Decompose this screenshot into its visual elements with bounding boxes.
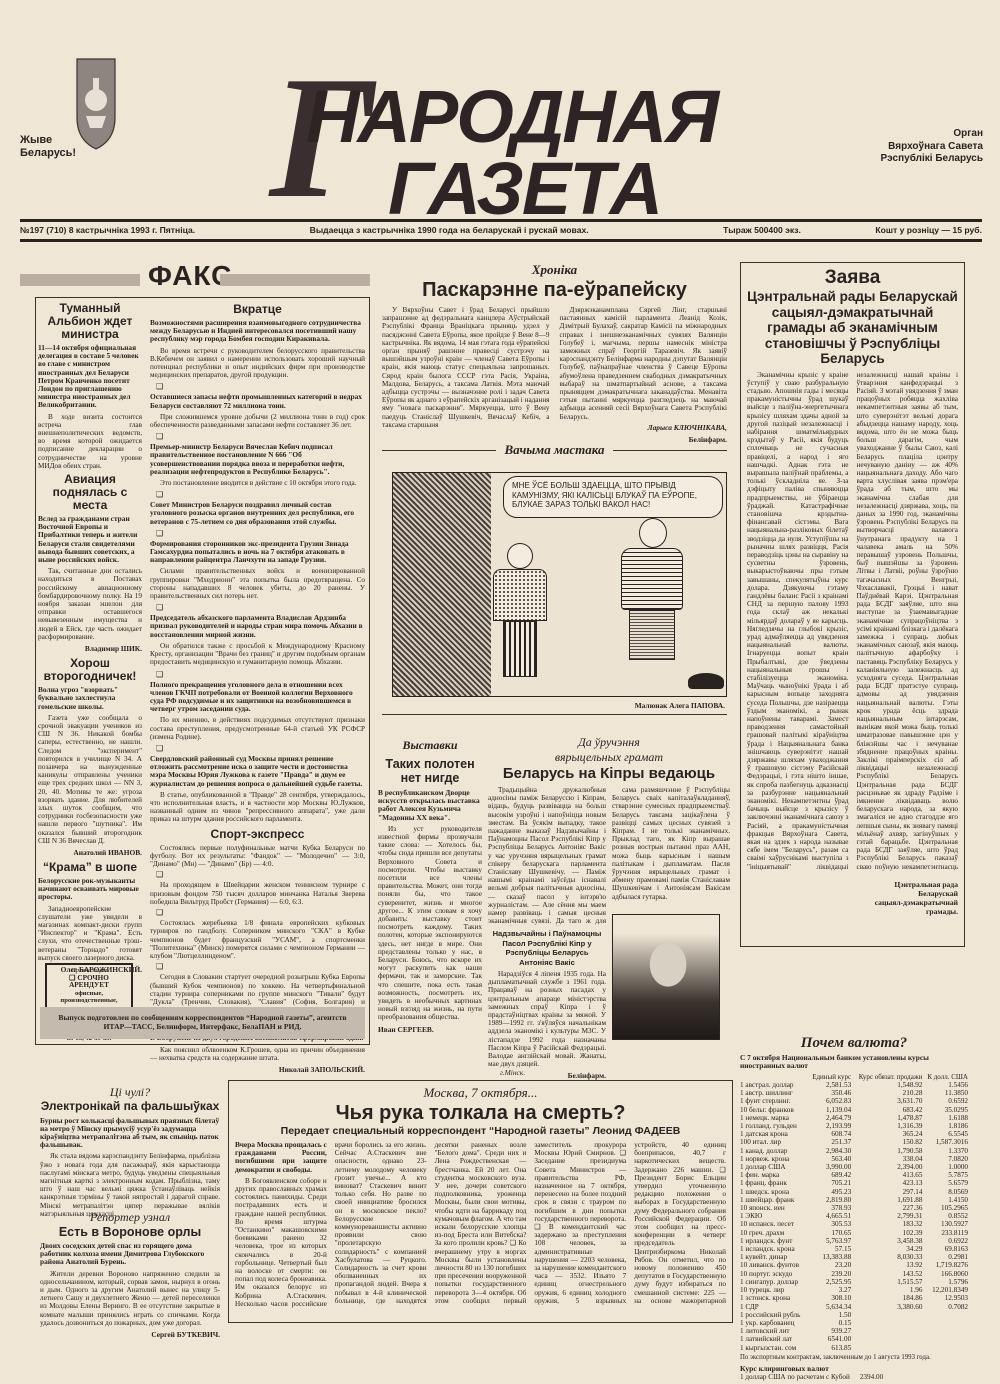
cartoon: Вачыма мастака МНЕ ЎСЁ БОЛЬШ ЗДАЕЦЦА, ШТ… (382, 442, 727, 732)
slogan: Жыве Беларусь! (20, 134, 76, 160)
currency-row: 10 ливанск. фунтов23.2013.921,719.8276 (740, 1261, 968, 1269)
moscow-article: Москва, 7 октября... Чья рука толкала на… (228, 1080, 733, 1323)
brief-item: Возможностями расширения взаимовыгодного… (150, 319, 365, 379)
currency-row: 10 испанск. песет305.53183.32130.5927 (740, 1220, 968, 1228)
fax-item-aviation: Авиация поднялась с места Вслед за гражд… (38, 473, 142, 653)
currency-row: 1 австр. шиллинг350.46210.2811.3850 (740, 1089, 968, 1097)
currency-row: 1 голланд. гульден2,193.991,316.391.8186 (740, 1122, 968, 1130)
brief-item: Полного прекращения уголовного дела в от… (150, 681, 365, 741)
cartoon-bottom-rule (382, 714, 727, 715)
currency-row: 1 швейцар. франк2,819.801,691.881.4150 (740, 1196, 968, 1204)
currency-row: 1 сингапур. доллар2,525.951,515.571.5796 (740, 1278, 968, 1286)
currency-row: 1 франц. франк705.21423.135.6579 (740, 1179, 968, 1187)
currency-row: 1 немецк. марка2,464.791,478.871.6188 (740, 1114, 968, 1122)
cartoon-image: МНЕ ЎСЁ БОЛЬШ ЗДАЕЦЦА, ШТО ПРЫВІД КАМУНІ… (392, 472, 727, 697)
brief-item: Премьер-министр Беларуси Вячеслав Кебич … (150, 443, 365, 487)
currency-row: 1 исландск. крона57.1534.2969.8163 (740, 1245, 968, 1253)
bullet-icon: ❑ (156, 744, 365, 753)
bullet-icon: ❑ (156, 871, 365, 879)
fax-left-column: Туманный Альбион ждет министра 11—14 окт… (38, 302, 142, 978)
currency-title: Почем валюта? (740, 1035, 968, 1052)
title-line1: НАРОДНАЯ (306, 80, 717, 154)
organ-info: Орган Вярхоўнага Савета Рэспублікі Белар… (880, 128, 983, 166)
currency-row: 1 датская крона608.74365.246.5545 (740, 1130, 968, 1138)
brief-item: Совет Министров Беларуси поздравил личны… (150, 501, 365, 526)
fax-footer: Выпуск подготовлен по сообщениям корресп… (40, 1007, 365, 1039)
fax-banner-bar-left (20, 274, 140, 286)
currency-row: 1 кувейт. динар13,383.888,030.330.2981 (740, 1253, 968, 1261)
cartoon-hat (688, 673, 724, 689)
cartoon-man-right (613, 518, 693, 688)
cartoon-wall (393, 473, 491, 697)
currency-row: 1 эстонск. крона308.10184.8612.9503 (740, 1294, 968, 1302)
currency-row: 1 ирландск. фунт5,763.973,458.380.6922 (740, 1237, 968, 1245)
statement-title: Цэнтральнай рады Беларускай сацыял-дэмак… (747, 289, 958, 367)
coat-of-arms-icon (76, 58, 116, 150)
title-line2: ГАЗЕТА (388, 152, 661, 226)
newspaper-title: Г НАРОДНАЯ ГАЗЕТА (270, 50, 830, 230)
brief-item: Формирования сторонников экс-президента … (150, 540, 365, 600)
bullet-icon: ❑ (156, 909, 365, 917)
chronicle-kicker: Хроніка (382, 262, 727, 278)
cartoon-kicker: Вачыма мастака (504, 442, 604, 458)
currency-row: 1 укр. карбованец0.15 (740, 1319, 968, 1327)
currency-row: 1 фин. марка689.42413.655.7875 (740, 1171, 968, 1179)
brief-item: Оставшиеся запасы нефти промышленных кат… (150, 393, 365, 429)
fax-item-krama: “Крама” в шопе Белорусские рок-музыканты… (38, 861, 142, 974)
eagles-article: Репортер узнал Есть в Воронове орлы Двои… (40, 1210, 220, 1343)
fake-tickets-article: Ці чулі? Электронікай па фальшыўках Бурн… (40, 1085, 220, 1221)
currency-row: 10 турецк. лир3.271.9612,201.8349 (740, 1286, 968, 1294)
fax-brief-column: Вкратце Возможностями расширения взаимов… (150, 302, 365, 1078)
brief-title: Вкратце (150, 302, 365, 316)
currency-row: 1 австрал. доллар2,581.531,548.921.5456 (740, 1081, 968, 1089)
cartoon-man-left (493, 543, 563, 693)
currency-section: Почем валюта? С 7 октября Национальным б… (740, 1035, 968, 1381)
price: Кошт у розніцу — 15 руб. (875, 225, 982, 235)
currency-row: 1 СДР5,634.343,380.600.7082 (740, 1303, 968, 1311)
currency-row: 1 ЭКЮ4,665.512,799.310.8552 (740, 1212, 968, 1220)
statement-kicker: Заява (747, 267, 958, 289)
currency-row: 1 шведск. крона495.23297.148.0569 (740, 1188, 968, 1196)
cartoon-credit: Малюнак Алега ПАПОВА. (635, 701, 725, 710)
speech-bubble: МНЕ ЎСЁ БОЛЬШ ЗДАЕЦЦА, ШТО ПРЫВІД КАМУНІ… (503, 476, 723, 518)
bullet-icon: ❑ (156, 603, 365, 612)
currency-row: 1 доллар США3,990.002,394.001.0000 (740, 1163, 968, 1171)
statement-box: Заява Цэнтральнай рады Беларускай сацыял… (740, 262, 965, 947)
currency-row: 1 литовский лит939.27 (740, 1327, 968, 1335)
published-since: Выдаецца з кастрычніка 1990 года на бела… (310, 225, 589, 235)
cyprus-article: Да ўручэння вярыцельных грамат Беларусь … (488, 735, 730, 1084)
issue-bar: №197 (710) 8 кастрычніка 1993 г. Пятніца… (20, 225, 982, 235)
chronicle-title: Паскарэнне па-еўрапейску (382, 278, 727, 302)
sport-items: Состоялись первые полуфинальные матчи Ку… (150, 844, 365, 1015)
bullet-icon: ❑ (156, 382, 365, 391)
currency-row: 100 итал. лир251.37150.821,587.3016 (740, 1138, 968, 1146)
currency-row: 10 японск. иен378.93227.36105.2965 (740, 1204, 968, 1212)
bullet-icon: ❑ (156, 670, 365, 679)
masthead: Жыве Беларусь! Г НАРОДНАЯ ГАЗЕТА Орган В… (0, 0, 1000, 250)
ambassador-photo (612, 914, 720, 1040)
masthead-rule-bottom (20, 239, 982, 242)
chronicle-article: Хроніка Паскарэнне па-еўрапейску У Вярхо… (382, 262, 727, 448)
currency-row: 1 латвийский лат6541.00 (740, 1335, 968, 1343)
sport-title: Спорт-экспресс (150, 827, 365, 841)
masthead-rule-top (20, 219, 982, 222)
fax-item-school: Хорош второгодничек! Волна угроз "взорва… (38, 657, 142, 857)
currency-row: 1 норвеж. крона563.40338.047.0820 (740, 1155, 968, 1163)
fax-item-albion: Туманный Альбион ждет министра 11—14 окт… (38, 302, 142, 470)
currency-row: 1 фунт стерлинг.6,052.833,631.700.6592 (740, 1097, 968, 1105)
bullet-icon: ❑ (156, 529, 365, 538)
fax-banner-bar-right (220, 274, 370, 286)
currency-row: 1 российский рубль1.50 (740, 1311, 968, 1319)
issue-number: №197 (710) 8 кастрычніка 1993 г. Пятніца… (20, 225, 195, 235)
bullet-icon: ❑ (156, 963, 365, 971)
fax-banner: ФАКС (20, 262, 370, 292)
currency-row: 1 канад. доллар2,984.301,790.581.3370 (740, 1147, 968, 1155)
bullet-icon: ❑ (156, 490, 365, 499)
currency-row: 1 кыргызстан. сом613.85 (740, 1344, 968, 1352)
currency-table: Единый курс Курс обязат. продажи К долл.… (740, 1073, 968, 1352)
currency-row: 10 греч. драхм170.65102.39233.8119 (740, 1229, 968, 1237)
brief-item: Председатель абхазского парламента Влади… (150, 614, 365, 666)
exhibit-article: Выставки Таких полотен нет нигде В респу… (378, 738, 482, 1034)
brief-item: Свердловский районный суд Москвы принял … (150, 755, 365, 824)
bullet-icon: ❑ (156, 432, 365, 441)
currency-row: 10 бельг. франков1,139.04683.4235.0295 (740, 1106, 968, 1114)
circulation: Тыраж 500400 экз. (723, 225, 801, 235)
currency-row: 10 португ. эскудо239.20143.52166.8060 (740, 1270, 968, 1278)
